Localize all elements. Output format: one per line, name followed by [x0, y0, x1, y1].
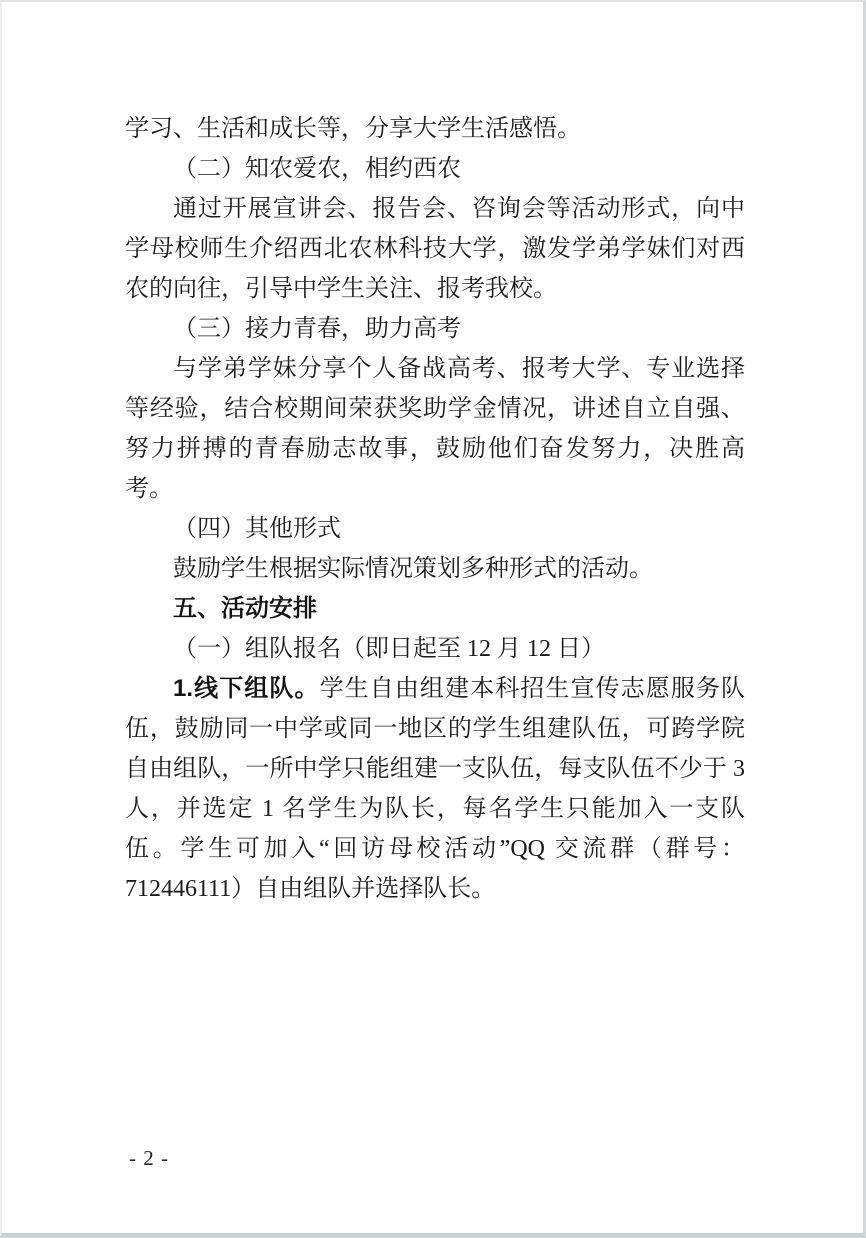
heading-section-3: （三）接力青春，助力高考 — [125, 309, 745, 349]
heading-section-4: （四）其他形式 — [125, 509, 745, 549]
bold-lead: 1.线下组队。 — [173, 675, 320, 702]
paragraph-section-4: 鼓励学生根据实际情况策划多种形式的活动。 — [125, 549, 745, 589]
paragraph-section-3: 与学弟学妹分享个人备战高考、报考大学、专业选择等经验，结合校期间荣获奖助学金情况… — [125, 349, 745, 509]
paragraph-text: 学生自由组建本科招生宣传志愿服务队伍，鼓励同一中学或同一地区的学生组建队伍，可跨… — [125, 676, 745, 902]
document-body: 学习、生活和成长等，分享大学生活感悟。 （二）知农爱农，相约西农 通过开展宣讲会… — [2, 2, 863, 909]
document-page: 学习、生活和成长等，分享大学生活感悟。 （二）知农爱农，相约西农 通过开展宣讲会… — [0, 0, 866, 1238]
heading-item-1: （一）组队报名（即日起至 12 月 12 日） — [125, 629, 745, 669]
heading-part-5: 五、活动安排 — [125, 589, 745, 629]
heading-section-2: （二）知农爱农，相约西农 — [125, 149, 745, 189]
page-number: - 2 - — [129, 1146, 169, 1171]
paragraph-continuation: 学习、生活和成长等，分享大学生活感悟。 — [125, 109, 745, 149]
paragraph-section-2: 通过开展宣讲会、报告会、咨询会等活动形式，向中学母校师生介绍西北农林科技大学，激… — [125, 189, 745, 309]
paragraph-team-registration: 1.线下组队。学生自由组建本科招生宣传志愿服务队伍，鼓励同一中学或同一地区的学生… — [125, 669, 745, 909]
